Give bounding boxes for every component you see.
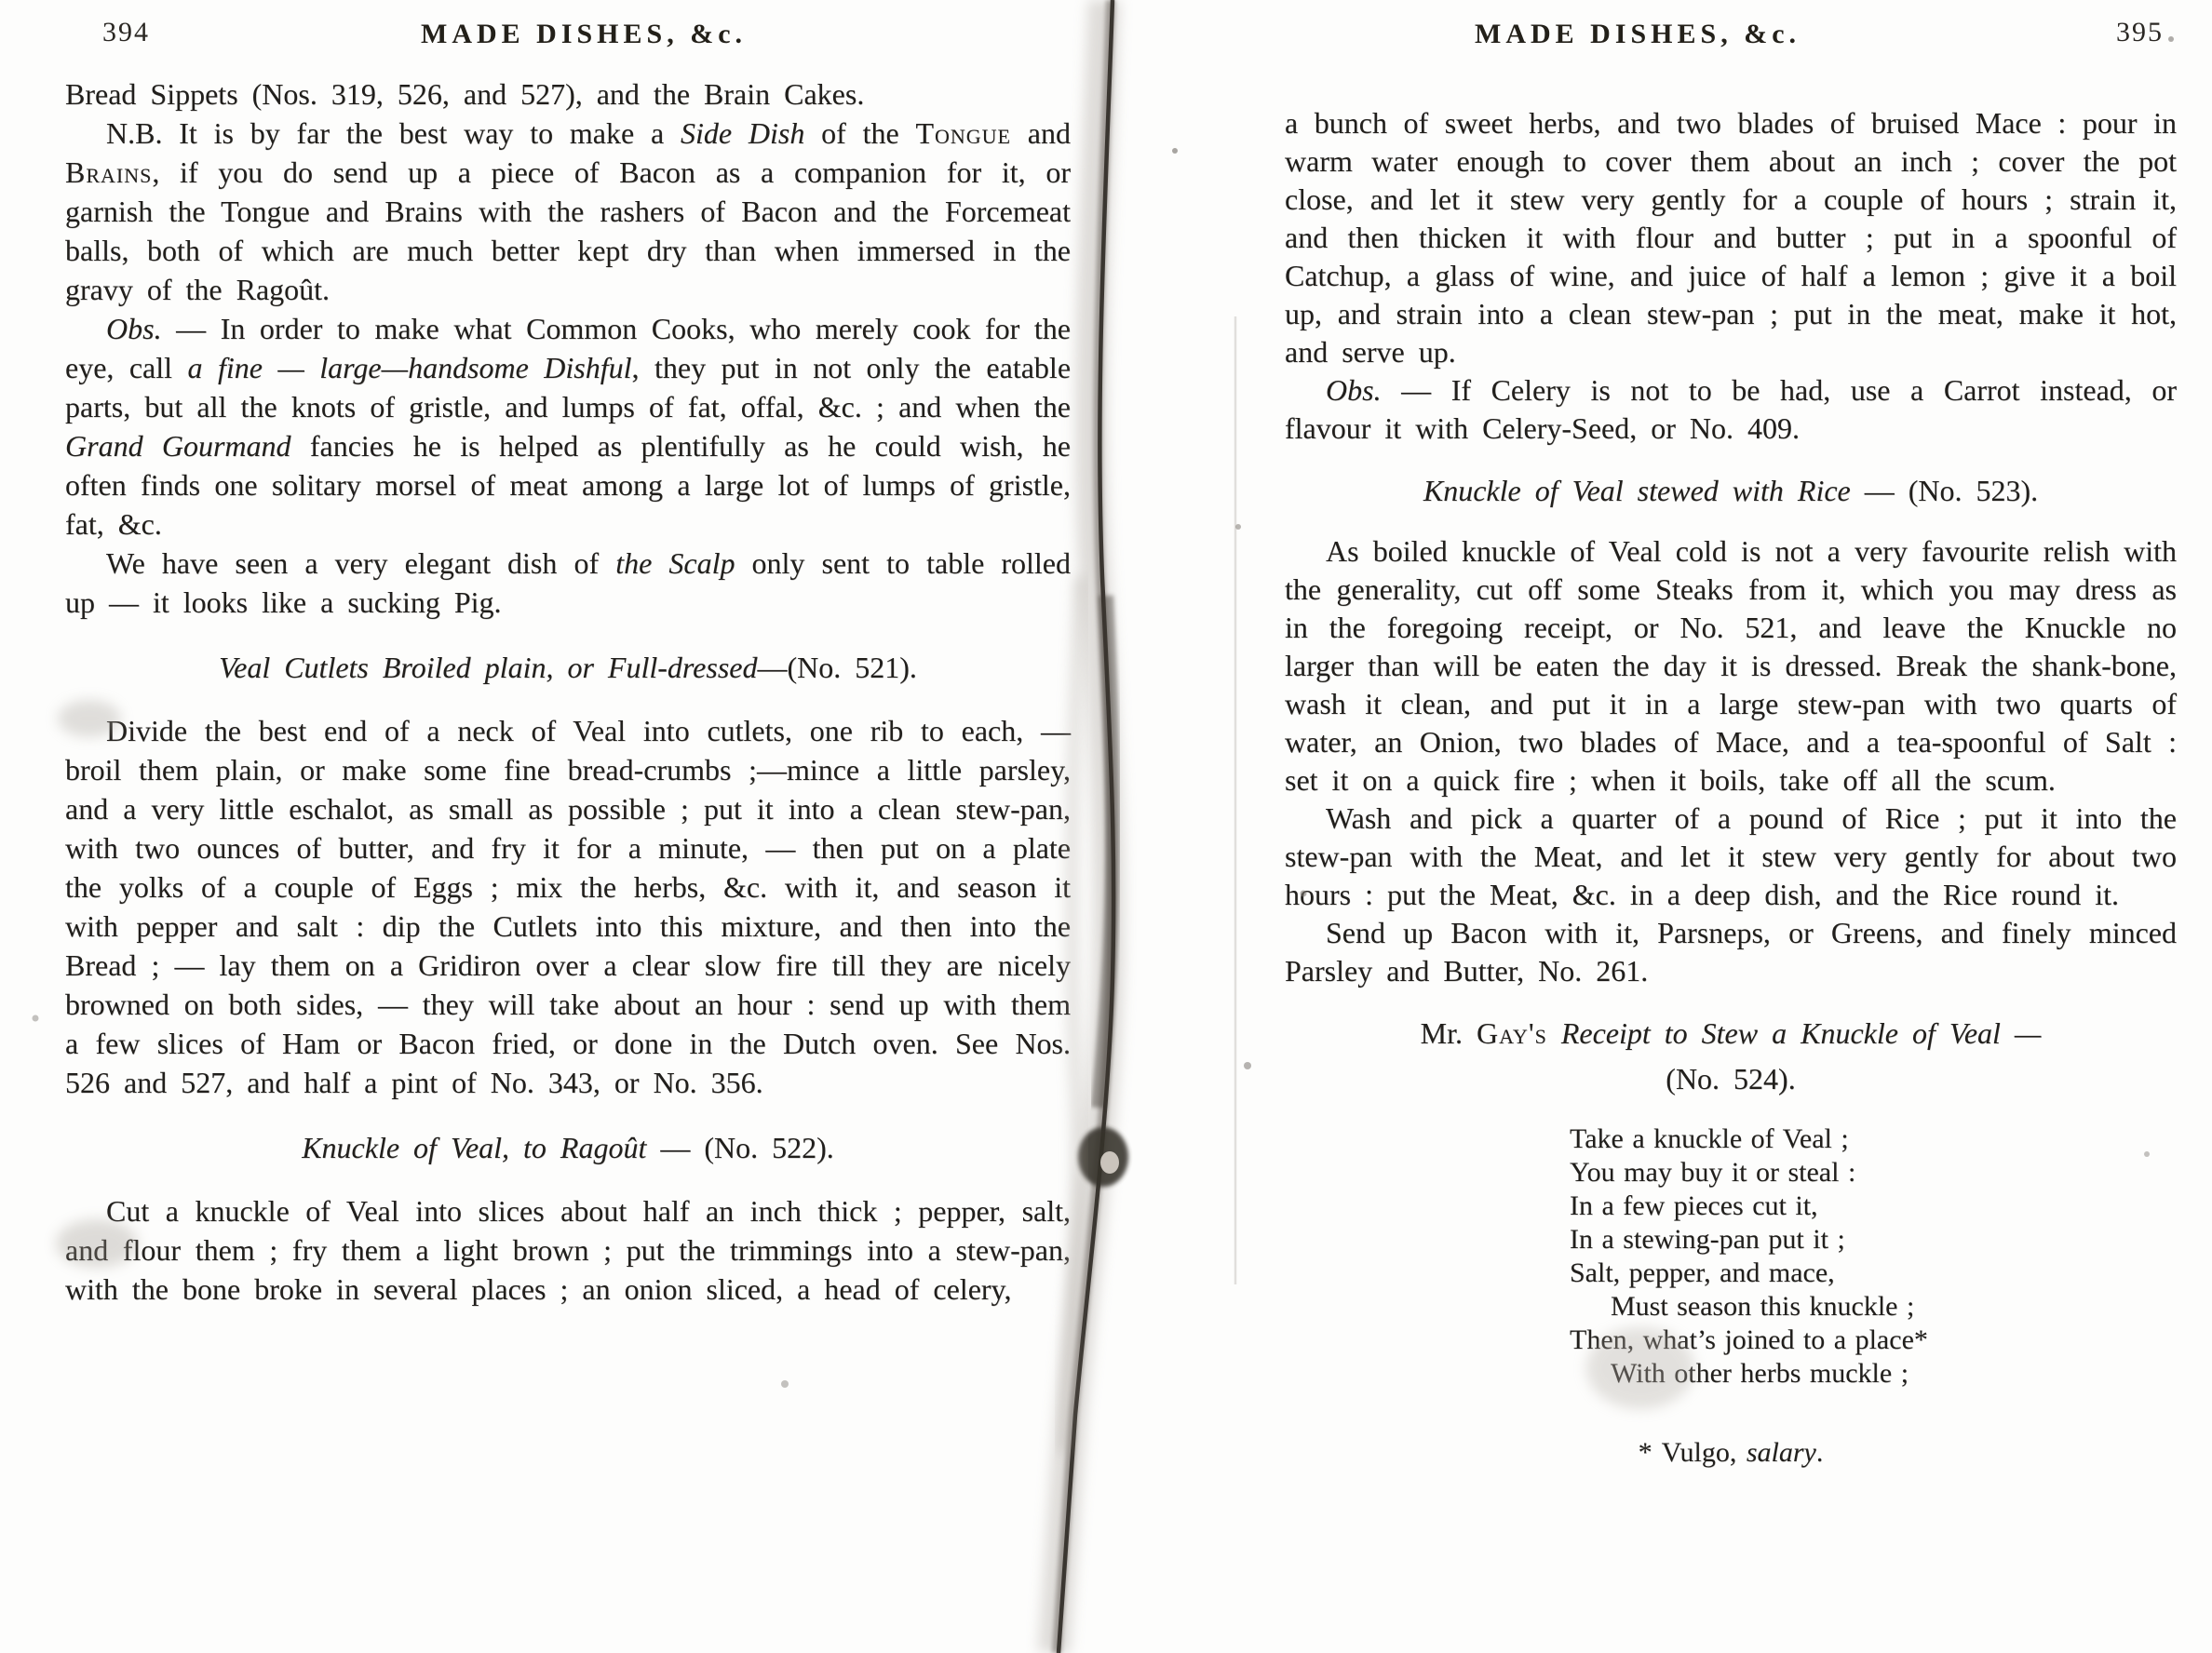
right-page-header: MADE DISHES, &c. 395 (1285, 11, 2177, 63)
text-run: , if you do send up a piece of Bacon as … (65, 155, 1071, 306)
text-run: As boiled knuckle of Veal cold is not a … (1285, 534, 2177, 797)
paragraph: Wash and pick a quarter of a pound of Ri… (1285, 800, 2177, 914)
right-page: MADE DISHES, &c. 395 a bunch of sweet he… (1285, 11, 2177, 1472)
text-run: N.B. It is by far the best way to make a (106, 116, 681, 150)
text-run: (No. 524). (1666, 1062, 1795, 1095)
smallcaps-text: Brains (65, 155, 152, 189)
recipe-heading: Knuckle of Veal stewed with Rice — (No. … (1285, 472, 2177, 510)
paragraph: Bread Sippets (Nos. 319, 526, and 527), … (65, 74, 1071, 114)
italic-text: Receipt to Stew a Knuckle of Veal — (1561, 1016, 2042, 1050)
poem-line: Salt, pepper, and mace, (1570, 1257, 2177, 1290)
heading-line: Knuckle of Veal, to Ragoût — (No. 522). (65, 1128, 1071, 1167)
italic-text: Obs. (106, 312, 162, 345)
heading-line: Veal Cutlets Broiled plain, or Full-dres… (65, 648, 1071, 687)
italic-text: salary (1747, 1437, 1816, 1468)
left-page-header: 394 MADE DISHES, &c. (65, 11, 1071, 63)
paragraph: Obs. — In order to make what Common Cook… (65, 309, 1071, 544)
text-run: Mr. (1421, 1016, 1477, 1050)
footnote: * Vulgo, salary. (1285, 1433, 2177, 1472)
paper-speck (1235, 524, 1241, 530)
ink-blot (1078, 1127, 1128, 1187)
heading-line: (No. 524). (1285, 1060, 2177, 1098)
italic-text: Knuckle of Veal, to Ragoût (302, 1131, 646, 1164)
italic-text: Veal Cutlets Broiled plain, or Full-dres… (219, 651, 757, 684)
poem-line: With other herbs muckle ; (1570, 1357, 2177, 1391)
text-run: Wash and pick a quarter of a pound of Ri… (1285, 801, 2177, 911)
text-run: Send up Bacon with it, Parsneps, or Gree… (1285, 916, 2177, 988)
text-run: —(No. 521). (757, 651, 916, 684)
paragraph: Divide the best end of a neck of Veal in… (65, 711, 1071, 1102)
page-number: 395 (2116, 17, 2164, 48)
text-run: of the (804, 116, 915, 150)
paper-speck (33, 1015, 39, 1022)
paragraph: Obs. — If Celery is not to be had, use a… (1285, 371, 2177, 448)
italic-text: Grand Gourmand (65, 429, 291, 463)
poem-line: In a few pieces cut it, (1570, 1189, 2177, 1223)
page-number: 394 (102, 17, 150, 48)
poem-line: You may buy it or steal : (1570, 1156, 2177, 1189)
running-header: MADE DISHES, &c. (421, 19, 747, 50)
heading-line: Mr. Gay's Receipt to Stew a Knuckle of V… (1285, 1015, 2177, 1053)
text-run: Bread Sippets (Nos. 319, 526, and 527), … (65, 77, 864, 111)
italic-text: a fine — large—handsome Dishful (188, 351, 632, 384)
poem-line: Then, what’s joined to a place* (1570, 1324, 2177, 1357)
paper-speck (1172, 148, 1178, 154)
book-scan-spread: 394 MADE DISHES, &c. Bread Sippets (Nos.… (0, 0, 2212, 1653)
italic-text: the Scalp (615, 546, 735, 580)
right-page-text: a bunch of sweet herbs, and two blades o… (1285, 104, 2177, 1472)
poem-line: Take a knuckle of Veal ; (1570, 1122, 2177, 1156)
recipe-heading: Veal Cutlets Broiled plain, or Full-dres… (65, 648, 1071, 687)
recipe-heading: Mr. Gay's Receipt to Stew a Knuckle of V… (1285, 1015, 2177, 1098)
paragraph: We have seen a very elegant dish of the … (65, 544, 1071, 622)
text-run: Cut a knuckle of Veal into slices about … (65, 1194, 1071, 1306)
paragraph: As boiled knuckle of Veal cold is not a … (1285, 532, 2177, 800)
paragraph: Send up Bacon with it, Parsneps, or Gree… (1285, 914, 2177, 990)
italic-text: Obs. (1326, 373, 1382, 407)
text-run: — (No. 523). (1851, 474, 2038, 507)
text-run: . (1816, 1437, 1824, 1468)
poem-line: In a stewing-pan put it ; (1570, 1223, 2177, 1257)
running-header: MADE DISHES, &c. (1475, 19, 1801, 50)
left-page-text: Bread Sippets (Nos. 319, 526, and 527), … (65, 74, 1071, 1309)
paper-speck (1244, 1062, 1251, 1069)
text-run: We have seen a very elegant dish of (106, 546, 615, 580)
paragraph: N.B. It is by far the best way to make a… (65, 114, 1071, 309)
binding-smudge (1099, 596, 1113, 1108)
italic-text: Side Dish (681, 116, 804, 150)
page-edge-shadow (1234, 316, 1235, 1284)
paragraph: a bunch of sweet herbs, and two blades o… (1285, 104, 2177, 371)
text-run: Divide the best end of a neck of Veal in… (65, 714, 1071, 1099)
heading-line: Knuckle of Veal stewed with Rice — (No. … (1285, 472, 2177, 510)
paragraph: Cut a knuckle of Veal into slices about … (65, 1191, 1071, 1309)
smallcaps-text: Gay's (1477, 1016, 1547, 1050)
ink-blot-highlight (1100, 1151, 1119, 1174)
paper-speck (781, 1380, 789, 1388)
text-run: a bunch of sweet herbs, and two blades o… (1285, 106, 2177, 369)
text-run: * Vulgo, (1639, 1437, 1747, 1468)
text-run (1547, 1016, 1561, 1050)
smallcaps-text: Tongue (915, 116, 1011, 150)
left-page: 394 MADE DISHES, &c. Bread Sippets (Nos.… (65, 11, 1071, 1309)
text-run: and (1011, 116, 1071, 150)
poem-line: Must season this knuckle ; (1570, 1290, 2177, 1324)
text-run: — (No. 522). (646, 1131, 833, 1164)
recipe-heading: Knuckle of Veal, to Ragoût — (No. 522). (65, 1128, 1071, 1167)
poem: Take a knuckle of Veal ;You may buy it o… (1570, 1122, 2177, 1391)
text-run: — If Celery is not to be had, use a Carr… (1285, 373, 2177, 445)
italic-text: Knuckle of Veal stewed with Rice (1423, 474, 1851, 507)
